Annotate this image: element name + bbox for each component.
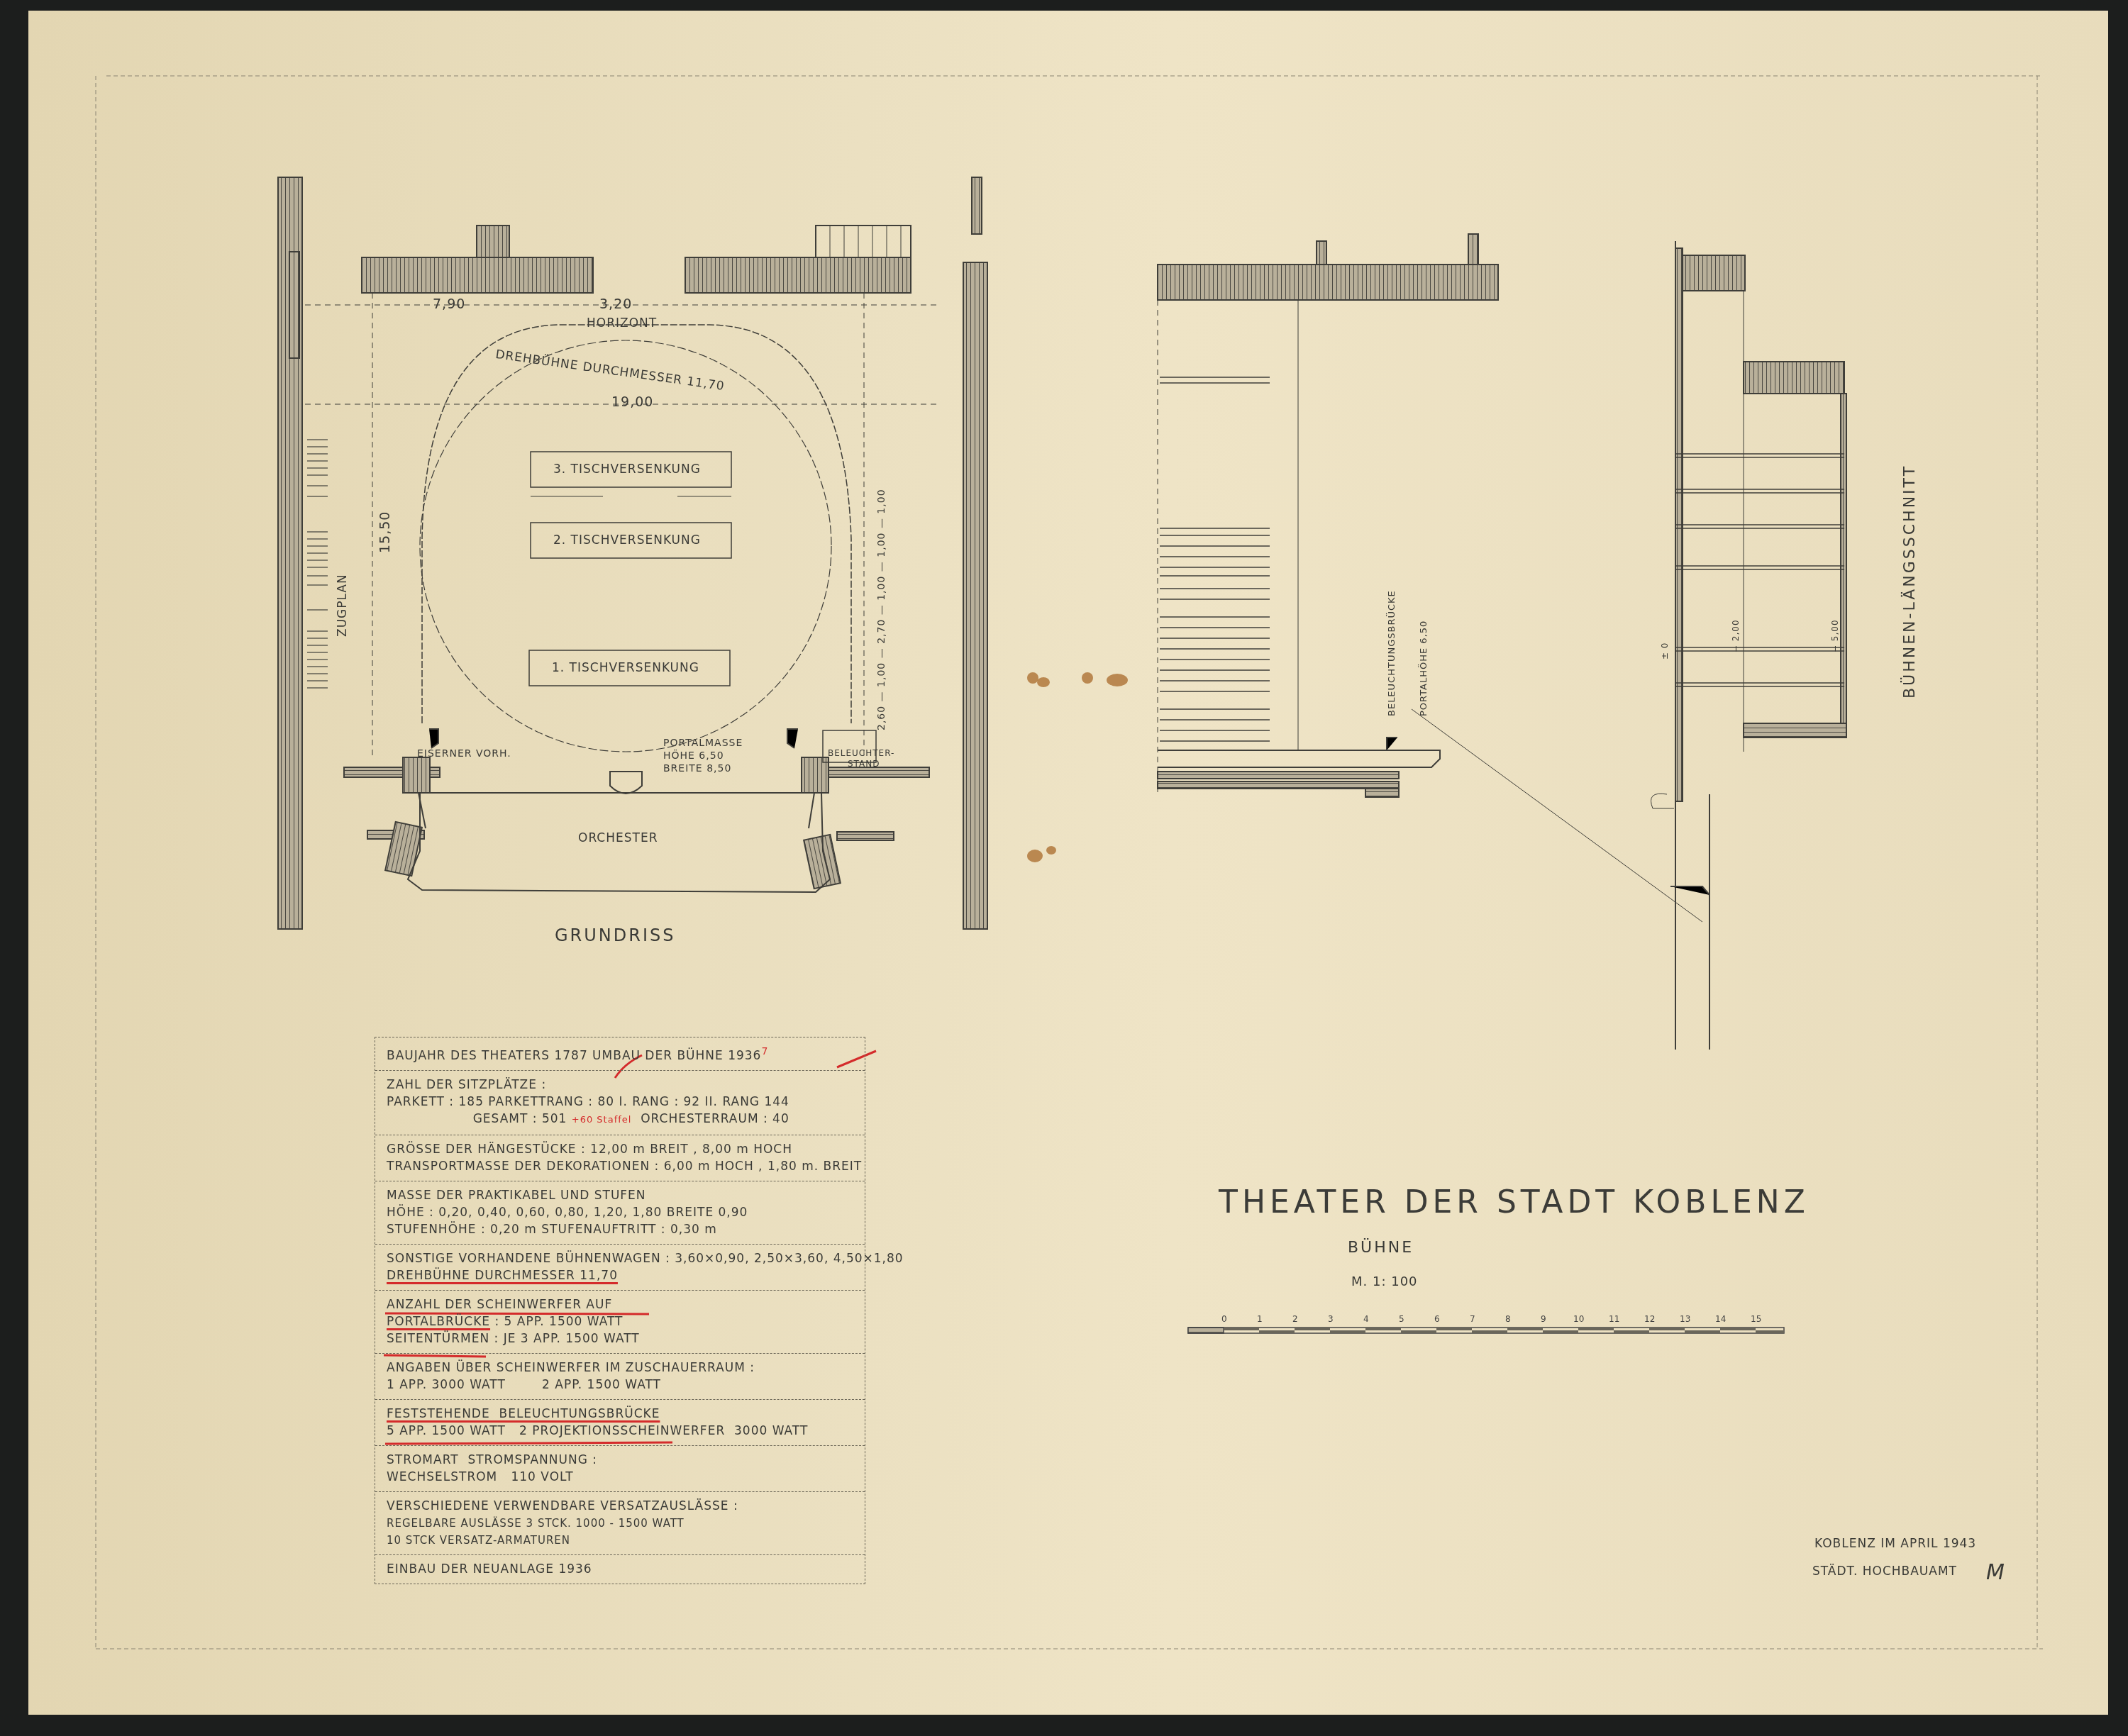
level-zero: ± 0 <box>1660 642 1670 660</box>
scale-tick: 6 <box>1434 1314 1440 1324</box>
scale-tick: 10 <box>1573 1314 1584 1324</box>
scale-bar <box>1188 1328 1784 1333</box>
portal-width: BREITE 8,50 <box>663 763 731 774</box>
scale-tick: 0 <box>1221 1314 1227 1324</box>
red-correction: 7 <box>761 1046 768 1057</box>
level-minus-5: − 5,00 <box>1830 619 1840 652</box>
paper-stain <box>1037 677 1050 687</box>
scale-tick: 7 <box>1470 1314 1475 1324</box>
issuing-office: STÄDT. HOCHBAUAMT <box>1812 1564 1957 1579</box>
scale-tick: 2 <box>1292 1314 1298 1324</box>
scale-tick: 1 <box>1257 1314 1263 1324</box>
beleuchter-label-2: STAND <box>848 759 880 769</box>
table-row-outlets: VERSCHIEDENE VERWENDBARE VERSATZAUSLÄSSE… <box>375 1492 865 1555</box>
table-row-wagons: SONSTIGE VORHANDENE BÜHNENWAGEN : 3,60×0… <box>375 1245 865 1291</box>
side-dimensions: 2,60 — 1,00 — 2,70 — 1,00 — 1,00 — 1,00 <box>876 489 887 730</box>
sheet-scale: M. 1: 100 <box>1351 1274 1418 1289</box>
trap-3-label: 3. TISCHVERSENKUNG <box>553 462 701 477</box>
stage-section <box>1158 234 1846 1050</box>
trap-2-label: 2. TISCHVERSENKUNG <box>553 533 701 547</box>
stage-width-dim: 19,00 <box>611 394 653 410</box>
section-caption: BÜHNEN-LÄNGSSCHNITT <box>1901 464 1919 699</box>
stage-data-table: BAUJAHR DES THEATERS 1787 UMBAU DER BÜHN… <box>375 1037 865 1584</box>
red-correction: +60 Staffel <box>572 1115 632 1125</box>
dim-left-width: 7,90 <box>433 296 465 312</box>
horizont-label: HORIZONT <box>587 316 657 330</box>
sheet-subtitle: BÜHNE <box>1348 1239 1414 1257</box>
signature: M <box>1986 1560 2005 1585</box>
trap-1-label: 1. TISCHVERSENKUNG <box>552 661 699 675</box>
table-row-seats: ZAHL DER SITZPLÄTZE : PARKETT : 185 PARK… <box>375 1071 865 1135</box>
orchester-label: ORCHESTER <box>578 831 658 845</box>
grundriss-caption: GRUNDRISS <box>555 925 676 945</box>
scale-tick: 9 <box>1541 1314 1546 1324</box>
table-row-lighting-bridge: FESTSTEHENDE BELEUCHTUNGSBRÜCKE 5 APP. 1… <box>375 1400 865 1446</box>
table-row-power: STROMART STROMSPANNUNG : WECHSELSTROM 11… <box>375 1446 865 1492</box>
table-row-auditorium-lights: ANGABEN ÜBER SCHEINWERFER IM ZUSCHAUERRA… <box>375 1354 865 1400</box>
portal-dimensions-title: PORTALMASSE <box>663 738 743 749</box>
scale-tick: 5 <box>1399 1314 1404 1324</box>
table-row-construction-year: BAUJAHR DES THEATERS 1787 UMBAU DER BÜHN… <box>375 1037 865 1071</box>
eiserner-vorhang-label: EISERNER VORH. <box>417 748 511 759</box>
portal-height-label: PORTALHÖHE 6,50 <box>1419 621 1429 716</box>
table-row-spotlights: ANZAHL DER SCHEINWERFER AUF PORTALBRÜCKE… <box>375 1291 865 1354</box>
lighting-bridge-label: BELEUCHTUNGSBRÜCKE <box>1387 590 1397 716</box>
paper-stain <box>1107 674 1128 686</box>
scale-tick: 8 <box>1505 1314 1511 1324</box>
paper-stain <box>1082 672 1093 684</box>
place-date: KOBLENZ IM APRIL 1943 <box>1814 1537 1976 1551</box>
scale-tick: 11 <box>1609 1314 1619 1324</box>
scale-tick: 14 <box>1715 1314 1726 1324</box>
table-row-platforms: MASSE DER PRAKTIKABEL UND STUFEN HÖHE : … <box>375 1181 865 1245</box>
level-minus-2: − 2,00 <box>1731 619 1741 652</box>
zugplan-label: ZUGPLAN <box>336 574 350 637</box>
sheet-title: THEATER DER STADT KOBLENZ <box>1219 1184 1810 1220</box>
portal-height: HÖHE 6,50 <box>663 750 724 762</box>
table-row-installation: EINBAU DER NEUANLAGE 1936 <box>375 1555 865 1584</box>
scale-tick: 3 <box>1328 1314 1334 1324</box>
stage-depth-dim: 15,50 <box>377 511 393 553</box>
paper-stain <box>1027 850 1043 862</box>
paper-stain <box>1046 846 1056 855</box>
architectural-drawing <box>0 0 2128 1736</box>
scale-tick: 15 <box>1751 1314 1761 1324</box>
scale-tick: 13 <box>1680 1314 1690 1324</box>
beleuchter-label: BELEUCHTER- <box>828 748 894 758</box>
dim-gap-width: 3,20 <box>599 296 632 312</box>
scale-tick: 4 <box>1363 1314 1369 1324</box>
table-row-drops: GRÖSSE DER HÄNGESTÜCKE : 12,00 m BREIT ,… <box>375 1135 865 1181</box>
scale-tick: 12 <box>1644 1314 1655 1324</box>
